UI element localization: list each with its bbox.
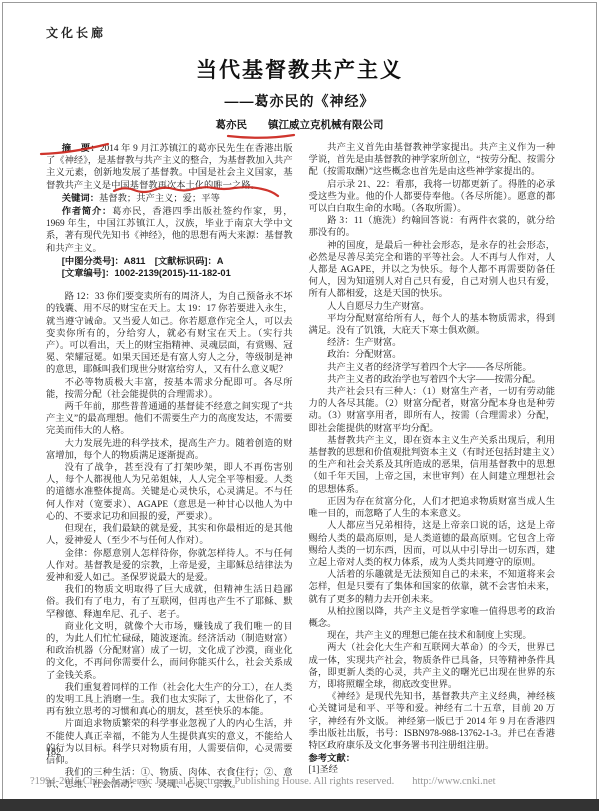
article-title: 当代基督教共产主义 <box>0 54 599 84</box>
title-block: 当代基督教共产主义 ——葛亦民的《神经》 葛亦民 镇江威立克机械有限公司 <box>0 0 599 132</box>
cnki-url: http://www.cnki.net <box>412 776 495 787</box>
clc-number-line: [中图分类号]：A811 [文献标识码]：A <box>46 255 293 267</box>
left-column-paragraphs: 路 12：33 你们要变卖所有的周济人，为自己预备永不坏的钱囊、用不尽的财宝在天… <box>46 291 293 791</box>
paragraph: 金律：你愿意别人怎样待你，你就怎样待人。不与任何人作对。基督教是爱的宗教，上帝是… <box>46 548 293 585</box>
paragraph: 经济：生产财富。 <box>309 337 556 349</box>
paragraph: 共产主义首先由基督教神学家提出。共产主义作为一种学说，首先是由基督教的神学家所创… <box>309 142 556 179</box>
paragraph: 共产主义者的经济学写着四个大字——各尽所能。 <box>309 362 556 374</box>
paragraph: 现在，共产主义的理想已能在技术和制度上实现。 <box>309 630 556 642</box>
paragraph: 我们的物质文明取得了巨大成就，但精神生活日趋鄙俗。我们有了电力，有了互联网，但再… <box>46 584 293 621</box>
right-column: 共产主义首先由基督教神学家提出。共产主义作为一种学说，首先是由基督教的神学家所创… <box>309 142 556 792</box>
scan-bottom-bar <box>0 799 599 811</box>
references-label: 参考文献： <box>309 752 556 764</box>
paragraph: 正因为存在贫富分化，人们才把追求物质财富当成人生唯一目的，而忽略了人生的本来意义… <box>309 496 556 520</box>
paragraph: 共产社会只有三种人：（1）财富生产者，一切有劳动能力的人各尽其能。（2）财富分配… <box>309 386 556 435</box>
paragraph: 平均分配财富给所有人，每个人的基本物质需求，得到满足。没有了饥饿，大庇天下寒士俱… <box>309 313 556 337</box>
paragraph: 基督教共产主义，即在资本主义生产关系出现后，利用基督教的思想和价值观批判资本主义… <box>309 435 556 496</box>
two-column-body: 摘 要：2014 年 9 月江苏镇江的葛亦民先生在香港出版了《神经》，是基督教与… <box>0 132 599 792</box>
paragraph: 政治：分配财富。 <box>309 349 556 361</box>
paragraph: 神的国度，是最后一种社会形态，是永存的社会形态，必然是尽善尽美完全和谐的平等社会… <box>309 240 556 301</box>
paragraph: 商业化文明，就像个大市场，赚钱成了我们唯一的目的，为此人们忙忙碌碌，随波逐流。经… <box>46 621 293 682</box>
left-column: 摘 要：2014 年 9 月江苏镇江的葛亦民先生在香港出版了《神经》，是基督教与… <box>46 142 293 792</box>
keywords-text: 基督教；共产主义；爱；平等 <box>99 194 220 204</box>
abstract-label: 摘 要： <box>62 143 100 153</box>
paragraph: 从柏拉图以降，共产主义是哲学家唯一值得思考的政治概念。 <box>309 606 556 630</box>
article-id-line: [文章编号]：1002-2139(2015)-11-182-01 <box>46 267 293 279</box>
author-bio-label: 作者简介： <box>62 206 112 216</box>
scan-footer: ?1994-2015 China Academic Journal Electr… <box>30 776 570 787</box>
keywords: 关键词：基督教；共产主义；爱；平等 <box>46 192 293 205</box>
scanned-paper-page: 文化长廊 当代基督教共产主义 ——葛亦民的《神经》 葛亦民 镇江威立克机械有限公… <box>0 0 599 811</box>
paragraph: 大力发展先进的科学技术，提高生产力。随着创造的财富增加，每个人的物质满足逐渐提高… <box>46 438 293 462</box>
paragraph: 《神经》是现代先知书，基督教共产主义经典，神经核心关键词是和平、平等和爱。神经有… <box>309 691 556 752</box>
article-meta-block: 摘 要：2014 年 9 月江苏镇江的葛亦民先生在香港出版了《神经》，是基督教与… <box>46 142 293 279</box>
article-subtitle: ——葛亦民的《神经》 <box>0 91 599 111</box>
abstract: 摘 要：2014 年 9 月江苏镇江的葛亦民先生在香港出版了《神经》，是基督教与… <box>46 142 293 192</box>
paragraph: 但现在，我们最缺的就是爱，其实和你最相近的是其他人，爱神爱人（至少不与任何人作对… <box>46 523 293 547</box>
paragraph: 路 12：33 你们要变卖所有的周济人，为自己预备永不坏的钱囊、用不尽的财宝在天… <box>46 291 293 376</box>
paragraph: 不必等物质极大丰富，按基本需求分配即可。各尽所能，按需分配（社会能提供的合理需求… <box>46 377 293 401</box>
paragraph: 我们重复着同样的工作（社会化大生产的分工），在人类的发明工具上消磨一生。我们也太… <box>46 682 293 719</box>
paragraph: [1]圣经 <box>309 764 556 776</box>
paragraph: 人人自愿尽力生产财富。 <box>309 301 556 313</box>
paragraph: 共产主义者的政治学也写着四个大字——按需分配。 <box>309 374 556 386</box>
paragraph: 启示录 21、22：看那，我将一切都更新了。得胜的必承受这些为业。他的仆人都要侍… <box>309 179 556 216</box>
paragraph: 没有了战争，甚至没有了打架吵架，即人不再伤害别人，每个人都视他人为兄弟姐妹，人人… <box>46 462 293 523</box>
copyright-text: ?1994-2015 China Academic Journal Electr… <box>30 776 394 787</box>
references-list: [1]圣经 <box>309 764 556 776</box>
keywords-label: 关键词： <box>62 193 99 203</box>
paragraph: 两大（社会化大生产和互联网大革命）的今天，世界已成一体，实现共产社会，物质条件已… <box>309 642 556 691</box>
author-bio: 作者简介：葛亦民，香港四季出版社签约作家，男，1969 年生，中国江苏镇江人，汉… <box>46 205 293 255</box>
paragraph: 片面追求物质繁荣的科学事业忽视了人的内心生活，并不能使人真正幸福，不能为人生提供… <box>46 718 293 767</box>
author-byline: 葛亦民 镇江威立克机械有限公司 <box>0 117 599 132</box>
paragraph: 两千年前，那些普普通通的基督徒不经意之间实现了“共产主义”的最高理想。他们不需要… <box>46 401 293 438</box>
journal-section-header: 文化长廊 <box>46 24 106 41</box>
paragraph: 人人都应当兄弟相待，这是上帝亲口说的话，这是上帝赐给人类的最高原则，是人类道德的… <box>309 520 556 569</box>
page-number: 182 <box>46 747 61 758</box>
right-column-paragraphs: 共产主义首先由基督教神学家提出。共产主义作为一种学说，首先是由基督教的神学家所创… <box>309 142 556 752</box>
paragraph: 人活着的乐趣就是无法预知自己的未来，不知道将来会怎样，但是只要有了集体和国家的依… <box>309 569 556 606</box>
paragraph: 路 3：11（施洗）约翰回答说：有两件衣裳的，就分给那没有的。 <box>309 215 556 239</box>
